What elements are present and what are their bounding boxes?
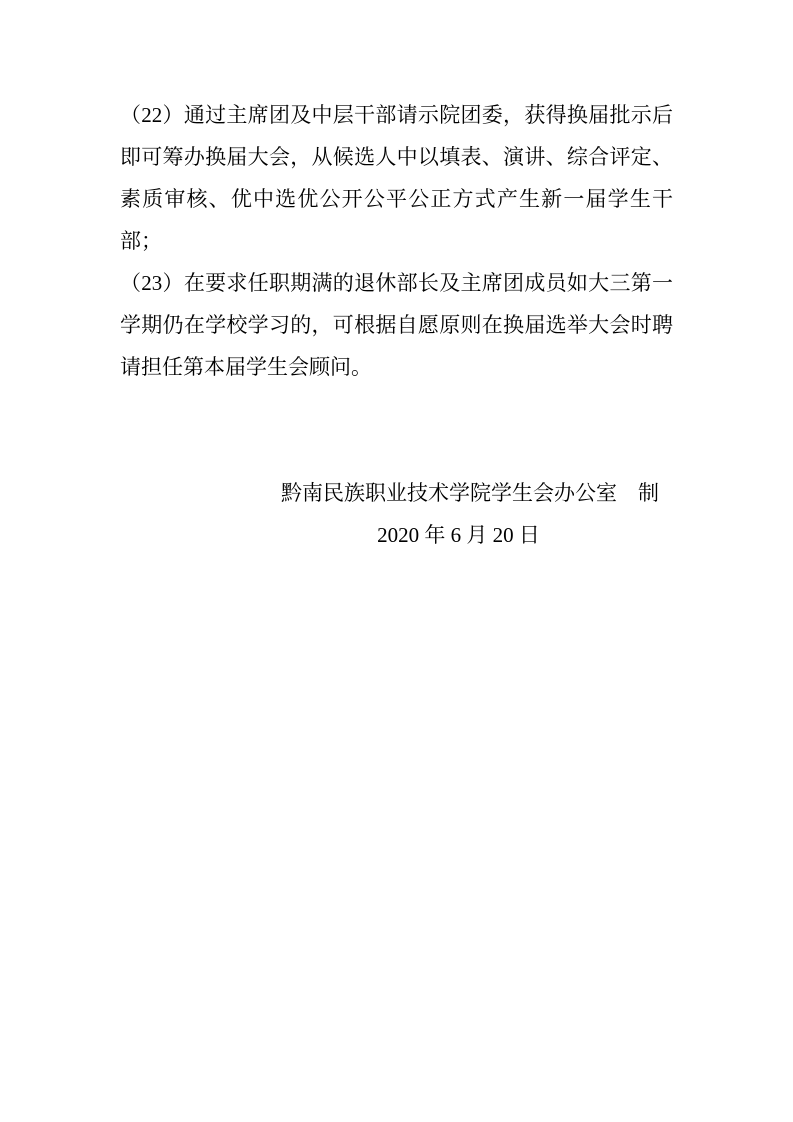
paragraph-line: （22）通过主席团及中层干部请示院团委，获得换届批示后	[120, 94, 673, 136]
paragraph-item-23: （23）在要求任职期满的退休部长及主席团成员如大三第一 学期仍在学校学习的，可根…	[120, 262, 673, 388]
paragraph-line: 即可筹办换届大会，从候选人中以填表、演讲、综合评定、	[120, 136, 673, 178]
paragraph-line: 请担任第本届学生会顾问。	[120, 346, 673, 388]
signature-issuer: 黔南民族职业技术学院学生会办公室 制	[120, 472, 673, 514]
paragraph-item-22: （22）通过主席团及中层干部请示院团委，获得换届批示后 即可筹办换届大会，从候选…	[120, 94, 673, 262]
paragraph-line: （23）在要求任职期满的退休部长及主席团成员如大三第一	[120, 262, 673, 304]
blank-space	[120, 388, 673, 472]
signature-date: 2020 年 6 月 20 日	[120, 514, 673, 556]
paragraph-line: 素质审核、优中选优公开公平公正方式产生新一届学生干	[120, 178, 673, 220]
paragraph-line: 部；	[120, 220, 673, 262]
document-page: （22）通过主席团及中层干部请示院团委，获得换届批示后 即可筹办换届大会，从候选…	[0, 0, 793, 1122]
paragraph-line: 学期仍在学校学习的，可根据自愿原则在换届选举大会时聘	[120, 304, 673, 346]
